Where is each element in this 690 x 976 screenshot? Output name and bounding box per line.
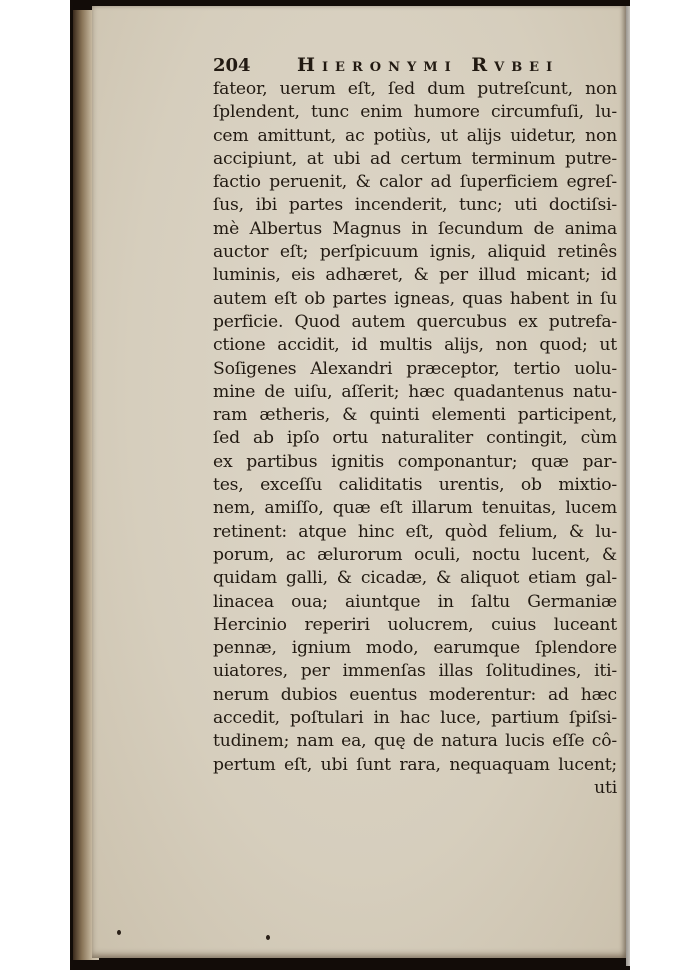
text-line: accipiunt, at ubi ad certum terminum put…	[213, 148, 617, 171]
page-fore-edge	[626, 6, 630, 966]
text-line: perficie. Quod autem quercubus ex putref…	[213, 311, 617, 334]
ink-speck	[117, 930, 121, 935]
text-line: pennæ, ignium modo, earumque ſplendore	[213, 637, 617, 660]
text-line: porum, ac ælurorum oculi, noctu lucent, …	[213, 544, 617, 567]
text-line: auctor eſt; perſpicuum ignis, aliquid re…	[213, 241, 617, 264]
text-line: mine de uiſu, aſſerit; hæc quadantenus n…	[213, 381, 617, 404]
catchword: uti	[213, 777, 617, 800]
text-line: fateor, uerum eſt, ſed dum putreſcunt, n…	[213, 78, 617, 101]
page-text-block: 204 Hieronymi Rvbei fateor, uerum eſt, ſ…	[213, 54, 617, 800]
text-line: linacea oua; aiuntque in ſaltu Germaniæ	[213, 591, 617, 614]
text-line: nerum dubios euentus moderentur: ad hæc	[213, 684, 617, 707]
text-line: ex partibus ignitis componantur; quæ par…	[213, 451, 617, 474]
text-line: ctione accidit, id multis alijs, non quo…	[213, 334, 617, 357]
text-line: Hercinio reperiri uolucrem, cuius lucean…	[213, 614, 617, 637]
text-line: ſplendent, tunc enim humore circumfuſi, …	[213, 101, 617, 124]
text-line: ſed ab ipſo ortu naturaliter contingit, …	[213, 427, 617, 450]
text-line: uiatores, per immenſas illas ſolitudines…	[213, 660, 617, 683]
page-header: 204 Hieronymi Rvbei	[213, 54, 617, 78]
text-line: tudinem; nam ea, quę de natura lucis eſſ…	[213, 730, 617, 753]
text-line: ram ætheris, & quinti elementi participe…	[213, 404, 617, 427]
text-line: factio peruenit, & calor ad ſuperficiem …	[213, 171, 617, 194]
text-line: pertum eſt, ubi ſunt rara, nequaquam luc…	[213, 754, 617, 777]
text-line: accedit, poſtulari in hac luce, partium …	[213, 707, 617, 730]
text-line: mè Albertus Magnus in ſecundum de anima	[213, 218, 617, 241]
text-line: autem eſt ob partes igneas, quas habent …	[213, 288, 617, 311]
text-line: cem amittunt, ac potiùs, ut alijs uidetu…	[213, 125, 617, 148]
page-number: 204	[213, 55, 297, 76]
text-line: retinent: atque hinc eſt, quòd felium, &…	[213, 521, 617, 544]
text-line: Soſigenes Alexandri præceptor, tertio uo…	[213, 358, 617, 381]
body-text: fateor, uerum eſt, ſed dum putreſcunt, n…	[213, 78, 617, 800]
text-line: ſus, ibi partes incenderit, tunc; uti do…	[213, 194, 617, 217]
text-line: nem, amiſſo, quæ eſt illarum tenuitas, l…	[213, 497, 617, 520]
running-head: Hieronymi Rvbei	[297, 54, 559, 76]
ink-speck	[266, 935, 270, 940]
text-line: quidam galli, & cicadæ, & aliquot etiam …	[213, 567, 617, 590]
text-line: luminis, eis adhæret, & per illud micant…	[213, 264, 617, 287]
text-line: tes, exceſſu caliditatis urentis, ob mix…	[213, 474, 617, 497]
